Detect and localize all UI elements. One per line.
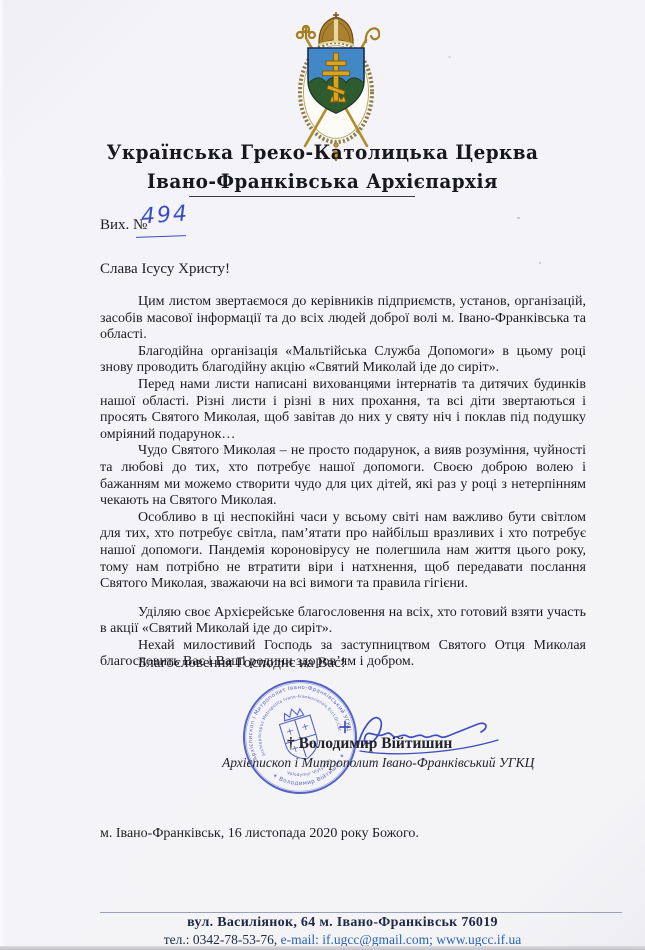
outgoing-number-handwritten: 494 [140,201,190,229]
closing-blessing: Благословення Господнє на Вас! [138,655,346,672]
signer-title: Архієпископ і Митрополит Івано-Франківсь… [222,755,534,771]
scan-speck [517,217,520,219]
footer-address: вул. Василіянок, 64 м. Івано-Франківськ … [60,915,625,931]
paragraph: Перед нами листи написані вихованцями ін… [100,377,586,443]
signer-name: † Володимир Війтишин [287,735,452,753]
paragraph: Благодійна організація «Мальтійська Служ… [100,344,586,377]
org-name-line2: Івано-Франківська Архієпархія [26,169,619,193]
salutation: Слава Ісусу Христу! [100,261,230,278]
paragraph: Цим листом звертаємося до керівників під… [100,294,586,344]
paragraph: Чудо Святого Миколая – не просто подарун… [100,443,586,509]
date-place-line: м. Івано-Франківськ, 16 листопада 2020 р… [100,826,419,842]
footer-phone: тел.: 0342-78-53-76, [164,932,281,947]
footer: вул. Василіянок, 64 м. Івано-Франківськ … [60,915,625,948]
scan-edge [0,0,5,950]
letter-body: Цим листом звертаємося до керівників під… [100,294,586,671]
scan-speck [539,262,541,264]
scanned-letter-page: Українська Греко-Католицька Церква Івано… [0,0,645,950]
scan-speck [448,56,451,58]
paragraph: Уділяю своє Архієрейське благословення н… [100,605,586,638]
letterhead-underline [189,196,415,197]
footer-divider [100,912,622,913]
outgoing-number-underline [136,235,186,238]
org-name-line1: Українська Греко-Католицька Церква [26,140,619,164]
paragraph: Особливо в ці неспокійні часи у всьому с… [100,510,586,593]
footer-email-web: e-mail: if.ugcc@gmail.com; www.ugcc.if.u… [281,932,522,947]
scan-edge [0,946,645,950]
